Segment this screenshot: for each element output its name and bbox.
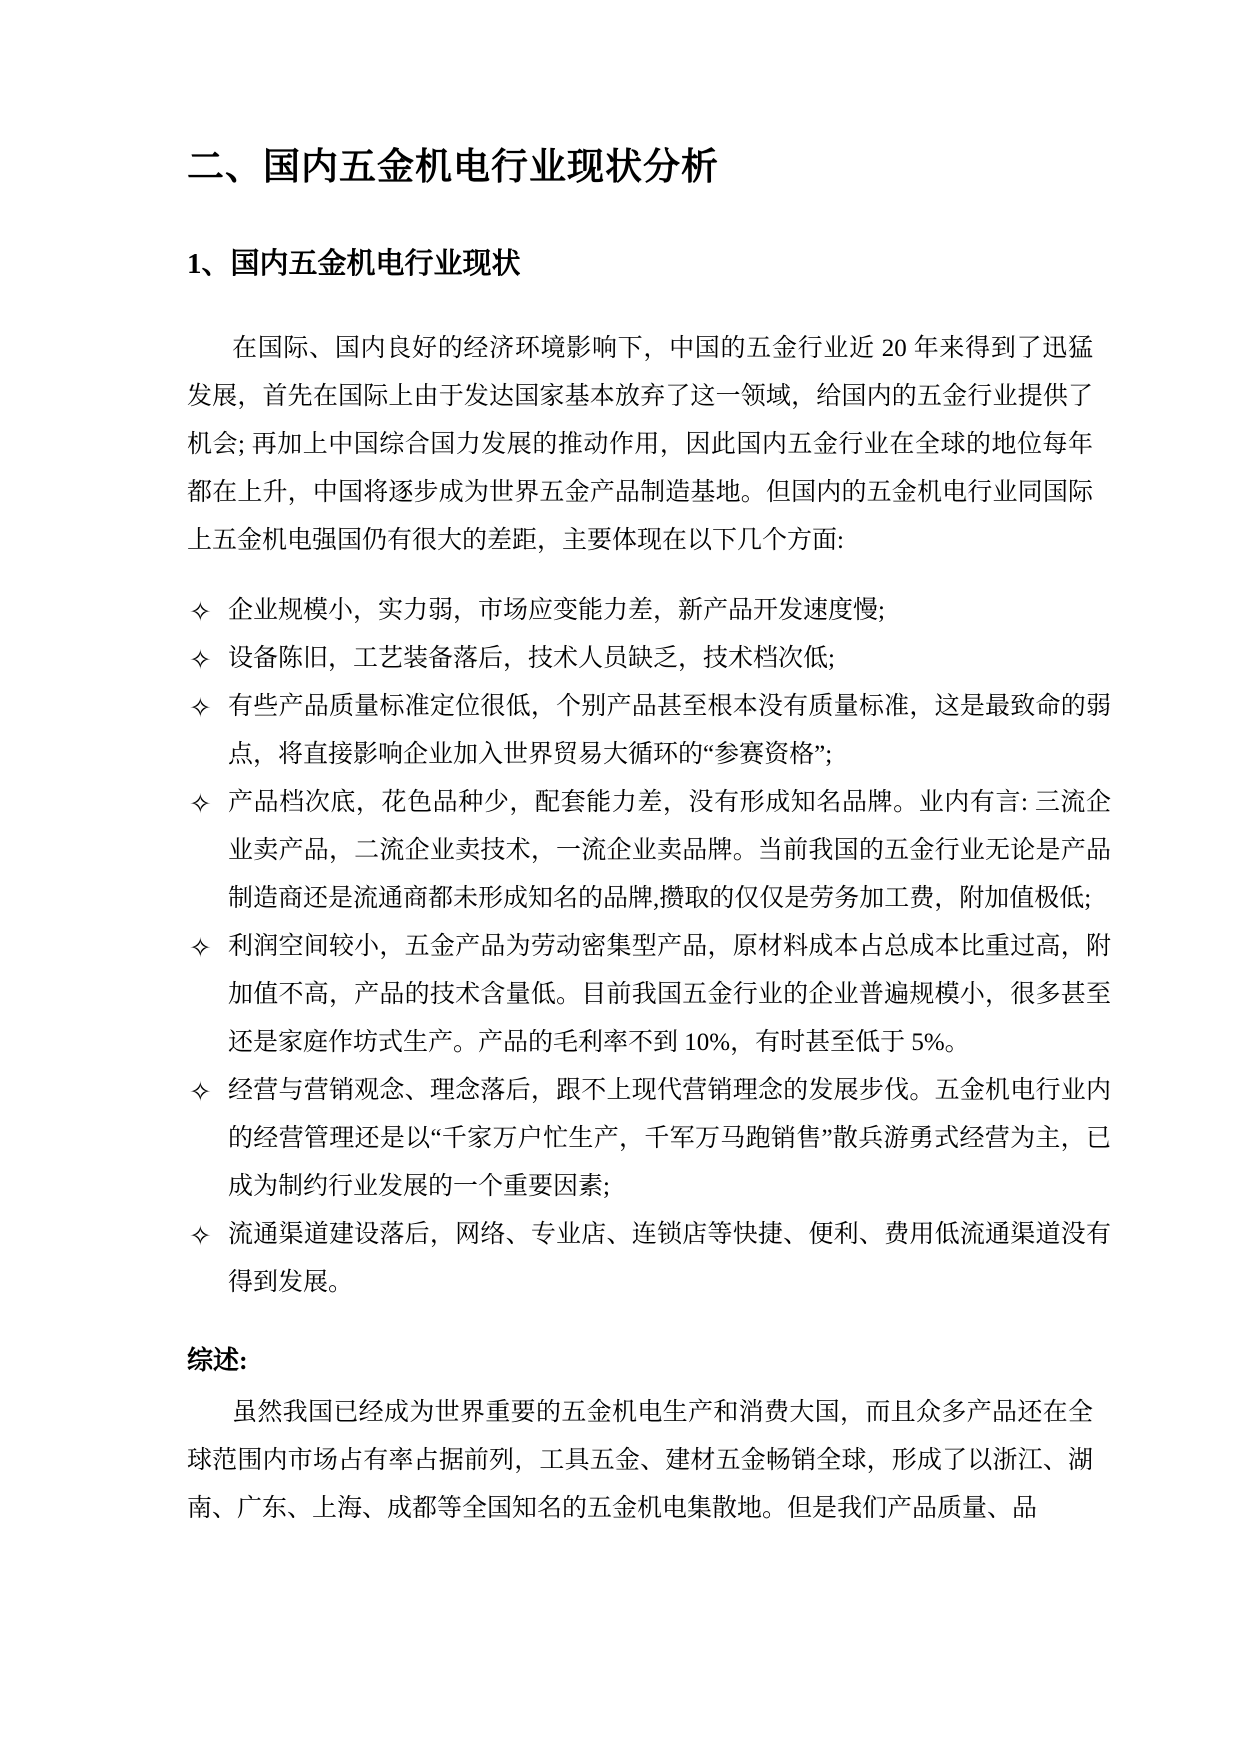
diamond-bullet-icon: ✧	[189, 780, 212, 828]
bullet-item: ✧ 利润空间较小，五金产品为劳动密集型产品，原材料成本占总成本比重过高，附加值不…	[187, 923, 1111, 1067]
bullet-text: 产品档次底，花色品种少，配套能力差，没有形成知名品牌。业内有言: 三流企业卖产品…	[228, 789, 1111, 912]
diamond-bullet-icon: ✧	[189, 1212, 212, 1260]
bullet-list: ✧ 企业规模小，实力弱，市场应变能力差，新产品开发速度慢; ✧ 设备陈旧，工艺装…	[187, 587, 1093, 1307]
bullet-text: 有些产品质量标准定位很低，个别产品甚至根本没有质量标准，这是最致命的弱点，将直接…	[228, 693, 1111, 768]
section-heading: 二、国内五金机电行业现状分析	[187, 146, 1093, 190]
summary-heading: 综述:	[187, 1337, 1093, 1385]
bullet-item: ✧ 产品档次底，花色品种少，配套能力差，没有形成知名品牌。业内有言: 三流企业卖…	[187, 779, 1111, 923]
intro-paragraph: 在国际、国内良好的经济环境影响下，中国的五金行业近 20 年来得到了迅猛发展，首…	[187, 325, 1093, 565]
bullet-item: ✧ 有些产品质量标准定位很低，个别产品甚至根本没有质量标准，这是最致命的弱点，将…	[187, 683, 1111, 779]
bullet-item: ✧ 企业规模小，实力弱，市场应变能力差，新产品开发速度慢;	[187, 587, 1111, 635]
diamond-bullet-icon: ✧	[189, 636, 212, 684]
document-page: 二、国内五金机电行业现状分析 1、国内五金机电行业现状 在国际、国内良好的经济环…	[0, 0, 1241, 1754]
bullet-item: ✧ 经营与营销观念、理念落后，跟不上现代营销理念的发展步伐。五金机电行业内的经营…	[187, 1067, 1111, 1211]
subsection-heading: 1、国内五金机电行业现状	[187, 246, 1093, 282]
diamond-bullet-icon: ✧	[189, 1068, 212, 1116]
bullet-text: 企业规模小，实力弱，市场应变能力差，新产品开发速度慢;	[228, 597, 885, 624]
bullet-text: 流通渠道建设落后，网络、专业店、连锁店等快捷、便利、费用低流通渠道没有得到发展。	[228, 1221, 1111, 1296]
document-content: 二、国内五金机电行业现状分析 1、国内五金机电行业现状 在国际、国内良好的经济环…	[0, 0, 1241, 1533]
bullet-text: 设备陈旧，工艺装备落后，技术人员缺乏，技术档次低;	[228, 645, 835, 672]
diamond-bullet-icon: ✧	[189, 588, 212, 636]
bullet-text: 利润空间较小，五金产品为劳动密集型产品，原材料成本占总成本比重过高，附加值不高，…	[228, 933, 1111, 1056]
diamond-bullet-icon: ✧	[189, 684, 212, 732]
bullet-item: ✧ 流通渠道建设落后，网络、专业店、连锁店等快捷、便利、费用低流通渠道没有得到发…	[187, 1211, 1111, 1307]
summary-paragraph: 虽然我国已经成为世界重要的五金机电生产和消费大国，而且众多产品还在全球范围内市场…	[187, 1389, 1093, 1533]
bullet-text: 经营与营销观念、理念落后，跟不上现代营销理念的发展步伐。五金机电行业内的经营管理…	[228, 1077, 1111, 1200]
bullet-item: ✧ 设备陈旧，工艺装备落后，技术人员缺乏，技术档次低;	[187, 635, 1111, 683]
diamond-bullet-icon: ✧	[189, 924, 212, 972]
